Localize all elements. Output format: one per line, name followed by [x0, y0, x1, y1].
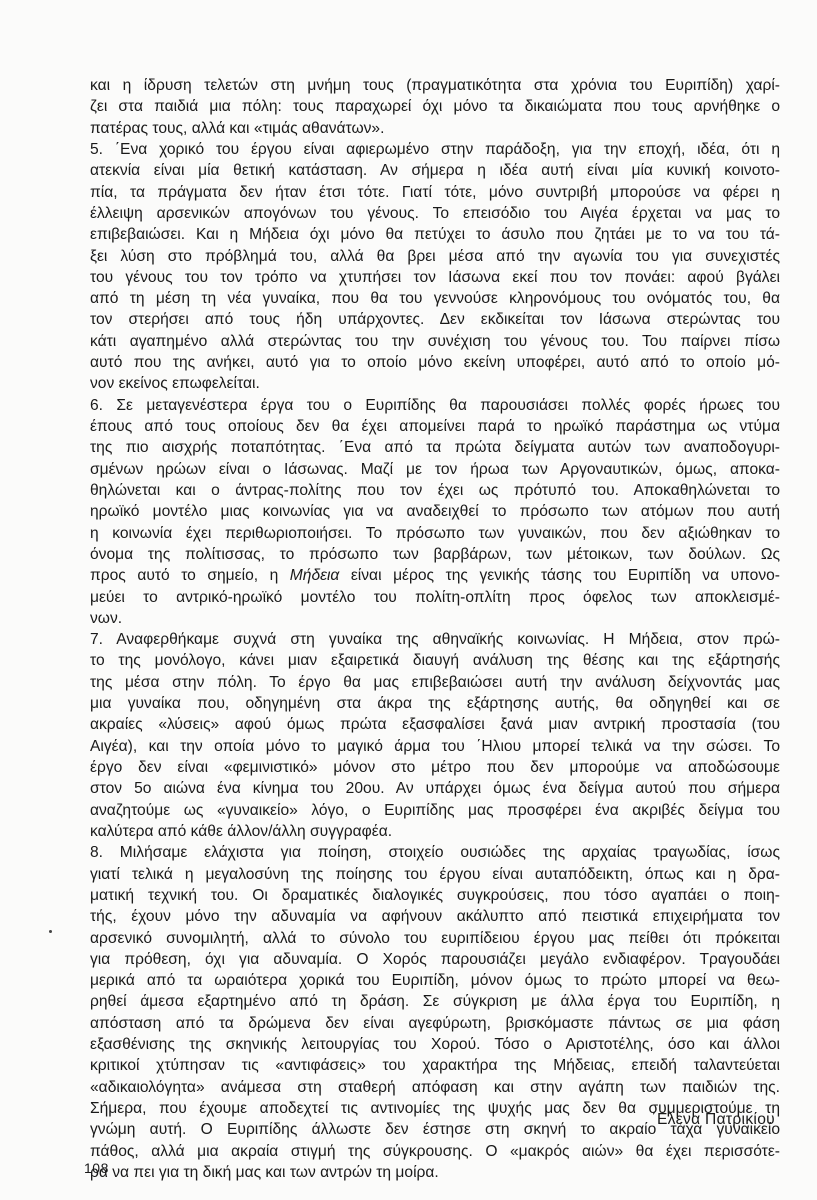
text-line: σμένων ηρώων είναι ο Ιάσωνας. Μαζί με το… [90, 459, 780, 480]
text-line: καλύτερα από κάθε άλλον/άλλη συγγραφέα. [90, 821, 780, 842]
text-line: στον 5ο αιώνα ένα κίνημα του 20ου. Αν υπ… [90, 778, 780, 799]
text-line: ατεκνία είναι μία θετική κατάσταση. Αν σ… [90, 160, 780, 181]
text-line: προς αυτό το σημείο, η Μήδεια είναι μέρο… [90, 565, 780, 586]
text-line: ξει λύση στο πρόβλημά του, αλλά θα βρει … [90, 246, 780, 267]
text-line: το της μονόλογο, κάνει μιαν εξαιρετικά δ… [90, 650, 780, 671]
text-line: έλλειψη αρσενικών απογόνων του γένους. Τ… [90, 203, 780, 224]
text-line: αναζητούμε ως «γυναικείο» λόγο, ο Ευριπί… [90, 800, 780, 821]
body-text: και η ίδρυση τελετών στη μνήμη τους (πρα… [90, 75, 780, 1183]
text-line: πάθος, αλλά μια ακραία στιγμή της σύγκρο… [90, 1141, 780, 1162]
italic-title: Μήδεια [290, 567, 340, 584]
text-line: κάτι αγαπημένο αλλά στερώντας του την συ… [90, 331, 780, 352]
text-line: νων. [90, 608, 780, 629]
text-line: γιατί τελικά η μεγαλοσύνη της ποίησης το… [90, 864, 780, 885]
text-line: έπους από τους οποίους δεν θα έχει απομε… [90, 416, 780, 437]
document-page: και η ίδρυση τελετών στη μνήμη τους (πρα… [0, 0, 817, 1200]
text-line: τής, έχουν μόνο την αδυναμία να αφήνουν … [90, 906, 780, 927]
text-line: από τη μέση τη νέα γυναίκα, που θα του γ… [90, 288, 780, 309]
author-signature: ΄Ελενα Πατρικίου [651, 1109, 775, 1130]
text-line: όνομα της πολίτισσας, το πρόσωπο των βαρ… [90, 544, 780, 565]
text-line: εξασθένισης της σκηνικής λειτουργίας του… [90, 1034, 780, 1055]
text-line: μερικά από τα ωραιότερα χορικά του Ευριπ… [90, 970, 780, 991]
text-line: 7. Αναφερθήκαμε συχνά στη γυναίκα της αθ… [90, 629, 780, 650]
text-line: απόσταση από τα δρώμενα δεν είναι αγεφύρ… [90, 1013, 780, 1034]
text-line: κριτικοί χτύπησαν τις «αντιφάσεις» του χ… [90, 1055, 780, 1076]
text-line: τον στερήσει από τους ήδη υπάρχοντες. Δε… [90, 309, 780, 330]
text-segment: προς αυτό το σημείο, η [90, 567, 290, 584]
text-line: πατέρας τους, αλλά και «τιμάς αθανάτων». [90, 118, 780, 139]
text-line: ματική τεχνική του. Οι δραματικές διαλογ… [90, 885, 780, 906]
text-line: έργο δεν είναι «φεμινιστικό» μόνον στο μ… [90, 757, 780, 778]
text-line: ακραίες «λύσεις» αφού όμως πρώτα εξασφαλ… [90, 714, 780, 735]
text-line: 8. Μιλήσαμε ελάχιστα για ποίηση, στοιχεί… [90, 842, 780, 863]
text-line: ρηθεί άμεσα εξαρτημένο από τη δράση. Σε … [90, 991, 780, 1012]
text-line: μεύει το αντρικό-ηρωϊκό μοντέλο του πολί… [90, 587, 780, 608]
text-line: αυτό που της ανήκει, αυτό για το οποίο μ… [90, 352, 780, 373]
text-line: Αιγέα), και την οποία μόνο το μαγικό άρμ… [90, 736, 780, 757]
text-line: αρσενικό συνομιλητή, αλλά το σύνολο του … [90, 928, 780, 949]
text-line: 6. Σε μεταγενέστερα έργα του ο Ευριπίδης… [90, 395, 780, 416]
text-line: θηλώνεται και ο άντρας-πολίτης που τον έ… [90, 480, 780, 501]
text-line: 5. ΄Ενα χορικό του έργου είναι αφιερωμέν… [90, 139, 780, 160]
page-number: 108 [84, 1160, 109, 1176]
text-line: «αδικαιολόγητα» ανάμεσα στη σταθερή απόφ… [90, 1077, 780, 1098]
text-line: της πιο αισχρής ποταπότητας. ΄Ενα από τα… [90, 437, 780, 458]
text-line: για πρόθεση, όχι για αδυναμία. Ο Χορός π… [90, 949, 780, 970]
text-line: ρα να πει για τη δική μας και των αντρών… [90, 1162, 780, 1183]
text-line: επιβεβαιώσει. Και η Μήδεια όχι μόνο θα π… [90, 224, 780, 245]
text-line: ηρωϊκό μοντέλο μιας κοινωνίας για να ανα… [90, 501, 780, 522]
text-segment: είναι μέρος της γενικής τάσης του Ευριπί… [339, 567, 780, 584]
text-line: πία, τα πράγματα δεν ήταν έτσι τότε. Για… [90, 182, 780, 203]
text-line: του γένους του τον τρόπο να χτυπήσει τον… [90, 267, 780, 288]
margin-mark [49, 930, 52, 933]
text-line: της μέσα στην πόλη. Το έργο θα μας επιβε… [90, 672, 780, 693]
text-line: και η ίδρυση τελετών στη μνήμη τους (πρα… [90, 75, 780, 96]
text-line: μια γυναίκα που, οδηγημένη στα άκρα της … [90, 693, 780, 714]
text-line: ζει στα παιδιά μια πόλη: τους παραχωρεί … [90, 96, 780, 117]
text-line: νον εκείνος επωφελείται. [90, 373, 780, 394]
text-line: η κοινωνία έχει περιθωριοποιήσει. Το πρό… [90, 523, 780, 544]
